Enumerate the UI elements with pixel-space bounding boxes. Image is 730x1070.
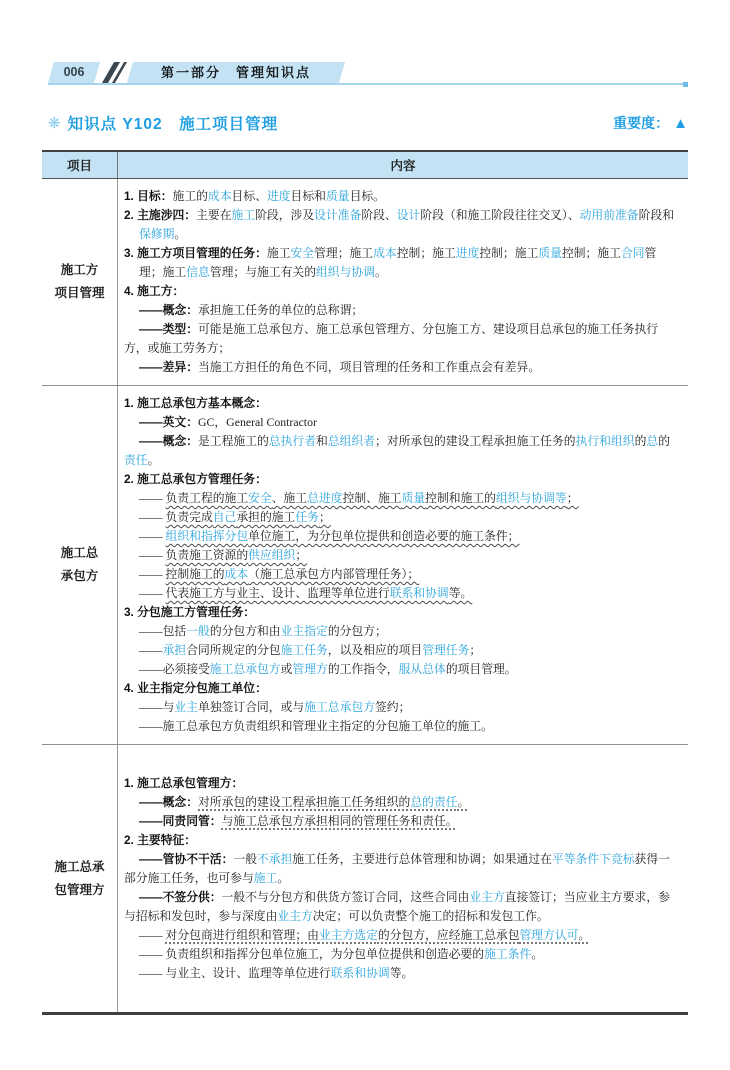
body-text: 目标和 [291, 189, 326, 203]
body-text: ； [469, 643, 481, 657]
row-label-cell: 施工总承包管理方 [42, 745, 118, 1012]
body-text: 必须接受 [163, 662, 210, 676]
body-text: 主要在 [196, 208, 231, 222]
row-label-line: 项目管理 [54, 282, 104, 305]
dash-prefix: —— [139, 529, 166, 543]
content-paragraph: —— 负责完成自己承担的施工任务； [124, 508, 674, 527]
dash-prefix: —— [139, 491, 166, 505]
body-text: 与业主、设计、监理等单位进行 [166, 966, 331, 980]
paragraph-body: 负责施工资源的供应组织； [166, 548, 308, 562]
table-row: 施工总承包方1. 施工总承包方基本概念：——英文：GC，General Cont… [42, 386, 688, 745]
content-paragraph: ——与业主单独签订合同，或与施工总承包方签约； [124, 698, 674, 717]
content-paragraph: —— 负责组织和指挥分包单位施工，为分包单位提供和创造必要的施工条件。 [124, 945, 674, 964]
body-text: 。 [148, 453, 160, 467]
keyword-highlight: 组织与协调等 [496, 491, 567, 505]
body-text: 。 [277, 871, 289, 885]
content-paragraph: —— 代表施工方与业主、设计、监理等单位进行联系和协调等。 [124, 584, 674, 603]
paragraph-heading: 1. 施工总承包方基本概念： [124, 396, 267, 410]
paragraph-body: 对所承包的建设工程承担施工任务组织的总的责任。 [198, 795, 469, 809]
table-row: 施工方项目管理1. 目标：施工的成本目标、进度目标和质量目标。2. 主施涉四：主… [42, 179, 688, 386]
dash-prefix: —— [139, 928, 166, 942]
row-label-line: 承包方 [61, 565, 99, 588]
paragraph-body: 施工总承包方负责组织和管理业主指定的分包施工单位的施工。 [163, 719, 493, 733]
body-text: 承担的施工 [236, 510, 295, 524]
keyword-highlight: 责任 [124, 453, 148, 467]
body-text: 一般 [233, 852, 257, 866]
paragraph-body: 主要在施工阶段，涉及设计准备阶段、设计阶段（和施工阶段往往交叉）、动用前准备阶段… [139, 208, 674, 241]
body-text: 对所承包的建设工程承担施工任务组织的 [198, 795, 410, 809]
keyword-highlight: 施工条件 [484, 947, 531, 961]
content-paragraph: ——包括一般的分包方和由业主指定的分包方； [124, 622, 674, 641]
body-text: 承担施工任务的单位的总称谓； [198, 303, 363, 317]
keyword-highlight: 总的责任 [410, 795, 457, 809]
paragraph-body: 与业主、设计、监理等单位进行联系和协调等。 [166, 966, 414, 980]
content-paragraph: —— 控制施工的成本（施工总承包方内部管理任务）； [124, 565, 674, 584]
body-text: ，以及相应的项目 [328, 643, 422, 657]
content-paragraph: 1. 施工总承包方基本概念： [124, 394, 674, 413]
importance-triangle-icon: ▲ [673, 116, 688, 131]
content-paragraph: ——概念：是工程施工的总执行者和总组织者；对所承包的建设工程承担施工任务的执行和… [124, 432, 674, 470]
body-text: GC，General Contractor [198, 415, 317, 429]
content-paragraph: 4. 业主指定分包施工单位： [124, 679, 674, 698]
keyword-highlight: 动用前准备 [580, 208, 639, 222]
keyword-highlight: 成本 [208, 189, 232, 203]
content-paragraph: —— 与业主、设计、监理等单位进行联系和协调等。 [124, 964, 674, 983]
body-text: 管理；与施工有关的 [210, 265, 316, 279]
paragraph-heading: 2. 施工总承包方管理任务： [124, 472, 267, 486]
body-text: ； [319, 510, 331, 524]
keyword-highlight: 承担 [163, 643, 187, 657]
paragraph-heading: ——不签分供： [139, 890, 222, 904]
body-text: 的分包方和由 [210, 624, 281, 638]
paragraph-body: 必须接受施工总承包方或管理方的工作指令，服从总体的项目管理。 [163, 662, 517, 676]
body-text: 、施工 [272, 491, 307, 505]
row-content-cell: 1. 施工总承包方基本概念：——英文：GC，General Contractor… [118, 386, 688, 744]
body-text: 负责完成 [166, 510, 213, 524]
body-text: （施工总承包方内部管理任务）； [248, 567, 419, 581]
body-text: 施工总承包方负责组织和管理业主指定的分包施工单位的施工。 [163, 719, 493, 733]
keyword-highlight: 总 [646, 434, 658, 448]
row-content-cell: 1. 施工总承包管理方：——概念：对所承包的建设工程承担施工任务组织的总的责任。… [118, 745, 688, 1012]
dash-prefix: —— [139, 966, 166, 980]
body-text: 的 [635, 434, 647, 448]
keyword-highlight: 质量 [402, 491, 426, 505]
paragraph-heading: ——概念： [139, 795, 198, 809]
body-text: 决定；可以负责整个施工的招标和发包工作。 [313, 909, 549, 923]
dash-prefix: —— [139, 947, 166, 961]
content-paragraph: —— 负责施工资源的供应组织； [124, 546, 674, 565]
keyword-highlight: 不承担 [257, 852, 292, 866]
body-text: 一般不与分包方和供货方签订合同，这些合同由 [222, 890, 470, 904]
keyword-highlight: 施工总承包方 [304, 700, 375, 714]
content-paragraph: ——差异：当施工方担任的角色不同，项目管理的任务和工作重点会有差异。 [124, 358, 674, 377]
importance-indicator: 重要度： ▲ [613, 113, 688, 133]
body-text: 的 [658, 434, 670, 448]
body-text: 代表施工方与业主、设计、监理等单位进行 [166, 586, 390, 600]
paragraph-heading: ——类型： [139, 322, 198, 336]
paragraph-body: 是工程施工的总执行者和总组织者；对所承包的建设工程承担施工任务的执行和组织的总的… [124, 434, 670, 467]
content-paragraph: 3. 分包施工方管理任务： [124, 603, 674, 622]
body-text: 的项目管理。 [446, 662, 517, 676]
content-paragraph: ——概念：对所承包的建设工程承担施工任务组织的总的责任。 [124, 793, 674, 812]
topic-title: 知识点 Y102 施工项目管理 [68, 112, 279, 134]
body-text: 。 [174, 227, 186, 241]
body-text: 施工任务，主要进行总体管理和协调；如果通过在 [292, 852, 552, 866]
paragraph-heading: 1. 目标： [124, 189, 173, 203]
dash-prefix: —— [139, 586, 166, 600]
header-rule-endcap [683, 82, 688, 87]
paragraph-body: 可能是施工总承包方、施工总承包管理方、分包施工方、建设项目总承包的施工任务执行方… [124, 322, 658, 355]
keyword-highlight: 业主 [174, 700, 198, 714]
paragraph-body: 施工的成本目标、进度目标和质量目标。 [173, 189, 385, 203]
paragraph-heading: 1. 施工总承包管理方： [124, 776, 243, 790]
paragraph-heading: ——差异： [139, 360, 198, 374]
keyword-highlight: 自己 [213, 510, 237, 524]
body-text: 阶段，涉及 [255, 208, 314, 222]
paragraph-heading: 4. 施工方： [124, 284, 184, 298]
body-text: 合同所规定的分包 [186, 643, 280, 657]
body-text: 施工的 [173, 189, 208, 203]
body-text: 对分包商进行组织和管理；由 [166, 928, 319, 942]
paragraph-body: 代表施工方与业主、设计、监理等单位进行联系和协调等。 [166, 586, 473, 600]
body-text: 的分包方； [328, 624, 387, 638]
paragraph-heading: 3. 施工方项目管理的任务： [124, 246, 267, 260]
content-paragraph: ——承担合同所规定的分包施工任务，以及相应的项目管理任务； [124, 641, 674, 660]
section-title: 第一部分 管理知识点 [130, 62, 342, 83]
keyword-highlight: 成本 [225, 567, 249, 581]
table-header-row: 项目 内容 [42, 152, 688, 179]
keyword-highlight: 信息 [186, 265, 210, 279]
column-header-content: 内容 [118, 152, 688, 178]
paragraph-body: GC，General Contractor [198, 415, 317, 429]
keyword-highlight: 进度 [456, 246, 480, 260]
body-text: 阶段、 [361, 208, 396, 222]
keyword-highlight: 执行和组织 [576, 434, 635, 448]
body-text: 。 [458, 795, 470, 809]
keyword-highlight: 成本 [373, 246, 397, 260]
body-text: 控制、施工 [343, 491, 402, 505]
body-text: 控制；施工 [479, 246, 538, 260]
body-text: 管理；施工 [314, 246, 373, 260]
paragraph-heading: 2. 主要特征： [124, 833, 196, 847]
paragraph-heading: 2. 主施涉四： [124, 208, 196, 222]
keyword-highlight: 总组织者 [328, 434, 375, 448]
body-text: 等。 [449, 586, 473, 600]
dash-prefix: —— [139, 548, 166, 562]
header-rule [48, 83, 686, 85]
textbook-page: 006 第一部分 管理知识点 ❋ 知识点 Y102 施工项目管理 重要度： ▲ … [0, 0, 730, 1070]
paragraph-heading: ——概念： [139, 303, 198, 317]
keyword-highlight: 供应组织 [248, 548, 295, 562]
importance-label: 重要度： [613, 113, 669, 133]
body-text: 施工 [267, 246, 291, 260]
row-label-cell: 施工总承包方 [42, 386, 118, 744]
content-paragraph: 2. 施工总承包方管理任务： [124, 470, 674, 489]
table-body: 施工方项目管理1. 目标：施工的成本目标、进度目标和质量目标。2. 主施涉四：主… [42, 179, 688, 1012]
body-text: 包括 [163, 624, 187, 638]
keyword-highlight: 总进度 [307, 491, 342, 505]
row-label-line: 施工方 [61, 259, 99, 282]
paragraph-body: 与施工总承包方承担相同的管理任务和责任。 [222, 814, 458, 828]
paragraph-body: 控制施工的成本（施工总承包方内部管理任务）； [166, 567, 420, 581]
keyword-highlight: 施工任务 [281, 643, 328, 657]
content-paragraph: 1. 目标：施工的成本目标、进度目标和质量目标。 [124, 187, 674, 206]
keyword-highlight: 业主指定 [281, 624, 328, 638]
content-paragraph: ——施工总承包方负责组织和管理业主指定的分包施工单位的施工。 [124, 717, 674, 736]
content-paragraph: 3. 施工方项目管理的任务：施工安全管理；施工成本控制；施工进度控制；施工质量控… [124, 244, 674, 282]
table-row: 施工总承包管理方1. 施工总承包管理方：——概念：对所承包的建设工程承担施工任务… [42, 745, 688, 1012]
content-paragraph: ——类型：可能是施工总承包方、施工总承包管理方、分包施工方、建设项目总承包的施工… [124, 320, 674, 358]
dash-prefix: —— [139, 662, 163, 676]
body-text: 阶段（和施工阶段往往交叉）、 [420, 208, 579, 222]
keyword-highlight: 组织与协调 [316, 265, 375, 279]
keyword-highlight: 业主方选定 [319, 928, 378, 942]
paragraph-body: 当施工方担任的角色不同，项目管理的任务和工作重点会有差异。 [198, 360, 540, 374]
content-paragraph: 4. 施工方： [124, 282, 674, 301]
paragraph-heading: ——管协不干活： [139, 852, 233, 866]
page-header: 006 第一部分 管理知识点 [48, 62, 688, 83]
keyword-highlight: 联系和协调 [390, 586, 449, 600]
body-text: 控制和施工的 [425, 491, 496, 505]
body-text: 目标、 [232, 189, 267, 203]
body-text: 的工作指令， [328, 662, 399, 676]
body-text: 。 [375, 265, 387, 279]
dash-prefix: —— [139, 719, 163, 733]
paragraph-body: 包括一般的分包方和由业主指定的分包方； [163, 624, 387, 638]
keyword-highlight: 管理方认可 [520, 928, 579, 942]
body-text: 是工程施工的 [198, 434, 269, 448]
keyword-highlight: 业主方 [277, 909, 312, 923]
paragraph-heading: ——概念： [139, 434, 198, 448]
topic-bar: ❋ 知识点 Y102 施工项目管理 重要度： ▲ [48, 111, 688, 135]
section-ribbon: 第一部分 管理知识点 [127, 62, 345, 83]
dash-prefix: —— [139, 624, 163, 638]
row-label-cell: 施工方项目管理 [42, 179, 118, 385]
row-label-line: 包管理方 [54, 879, 104, 902]
keyword-highlight: 合同 [621, 246, 645, 260]
keyword-highlight: 安全 [248, 491, 272, 505]
content-paragraph: —— 对分包商进行组织和管理；由业主方选定的分包方，应经施工总承包管理方认可。 [124, 926, 674, 945]
content-paragraph: 2. 主要特征： [124, 831, 674, 850]
keyword-highlight: 服从总体 [399, 662, 446, 676]
keyword-highlight: 设计准备 [314, 208, 361, 222]
body-text: 单独签订合同，或与 [198, 700, 304, 714]
body-text: 与施工总承包方承担相同的管理任务和责任。 [222, 814, 458, 828]
dash-prefix: —— [139, 643, 163, 657]
keyword-highlight: 施工 [254, 871, 278, 885]
paragraph-body: 承担合同所规定的分包施工任务，以及相应的项目管理任务； [163, 643, 482, 657]
body-text: 等。 [390, 966, 414, 980]
body-text: 。 [531, 947, 543, 961]
body-text: 与 [163, 700, 175, 714]
paragraph-body: 对分包商进行组织和管理；由业主方选定的分包方，应经施工总承包管理方认可。 [166, 928, 591, 942]
column-header-item: 项目 [42, 152, 118, 178]
content-paragraph: ——必须接受施工总承包方或管理方的工作指令，服从总体的项目管理。 [124, 660, 674, 679]
dash-prefix: —— [139, 567, 166, 581]
keyword-highlight: 质量 [326, 189, 350, 203]
paragraph-heading: ——英文： [139, 415, 198, 429]
keyword-highlight: 总执行者 [269, 434, 316, 448]
paragraph-body: 负责完成自己承担的施工任务； [166, 510, 331, 524]
keyword-highlight: 施工总承包方 [210, 662, 281, 676]
body-text: 或 [281, 662, 293, 676]
paragraph-heading: ——同责同管： [139, 814, 222, 828]
body-text: 控制；施工 [397, 246, 456, 260]
keyword-highlight: 安全 [291, 246, 315, 260]
keyword-highlight: 平等条件下竞标 [552, 852, 635, 866]
content-paragraph: ——英文：GC，General Contractor [124, 413, 674, 432]
content-paragraph: —— 组织和指挥分包单位施工，为分包单位提供和创造必要的施工条件； [124, 527, 674, 546]
keyword-highlight: 联系和协调 [331, 966, 390, 980]
keyword-highlight: 质量 [538, 246, 562, 260]
body-text: 当施工方担任的角色不同，项目管理的任务和工作重点会有差异。 [198, 360, 540, 374]
keyword-highlight: 进度 [267, 189, 291, 203]
keyword-highlight: 组织和指挥分包 [166, 529, 249, 543]
paragraph-body: 负责工程的施工安全、施工总进度控制、施工质量控制和施工的组织与协调等； [166, 491, 579, 505]
body-text: 签约； [375, 700, 410, 714]
keyword-highlight: 设计 [397, 208, 421, 222]
keyword-highlight: 业主方 [469, 890, 504, 904]
body-text: 负责组织和指挥分包单位施工，为分包单位提供和创造必要的 [166, 947, 485, 961]
dash-prefix: —— [139, 700, 163, 714]
body-text: 单位施工，为分包单位提供和创造必要的施工条件； [248, 529, 519, 543]
row-content-cell: 1. 目标：施工的成本目标、进度目标和质量目标。2. 主施涉四：主要在施工阶段，… [118, 179, 688, 385]
body-text: ； [567, 491, 579, 505]
paragraph-heading: 4. 业主指定分包施工单位： [124, 681, 267, 695]
paragraph-body: 与业主单独签订合同，或与施工总承包方签约； [163, 700, 411, 714]
body-text: 的分包方，应经施工总承包 [378, 928, 520, 942]
keyword-highlight: 管理任务 [422, 643, 469, 657]
dash-prefix: —— [139, 510, 166, 524]
keyword-highlight: 一般 [186, 624, 210, 638]
paragraph-heading: 3. 分包施工方管理任务： [124, 605, 255, 619]
page-number: 006 [51, 62, 97, 83]
body-text: 可能是施工总承包方、施工总承包管理方、分包施工方、建设项目总承包的施工任务执行方… [124, 322, 658, 355]
keyword-highlight: 任务 [295, 510, 319, 524]
row-label-line: 施工总承 [54, 856, 104, 879]
body-text: ； [295, 548, 307, 562]
body-text: ；对所承包的建设工程承担施工任务的 [375, 434, 576, 448]
paragraph-body: 负责组织和指挥分包单位施工，为分包单位提供和创造必要的施工条件。 [166, 947, 544, 961]
body-text: 控制；施工 [562, 246, 621, 260]
content-paragraph: 2. 主施涉四：主要在施工阶段，涉及设计准备阶段、设计阶段（和施工阶段往往交叉）… [124, 206, 674, 244]
body-text: 控制施工的 [166, 567, 225, 581]
content-paragraph: —— 负责工程的施工安全、施工总进度控制、施工质量控制和施工的组织与协调等； [124, 489, 674, 508]
row-label-line: 施工总 [61, 542, 99, 565]
keyword-highlight: 保修期 [139, 227, 174, 241]
keyword-highlight: 施工 [232, 208, 256, 222]
page-number-box: 006 [48, 62, 100, 83]
paragraph-body: 组织和指挥分包单位施工，为分包单位提供和创造必要的施工条件； [166, 529, 520, 543]
body-text: 负责工程的施工 [166, 491, 249, 505]
body-text: 阶段和 [639, 208, 674, 222]
snowflake-icon: ❋ [48, 116, 61, 131]
knowledge-table: 项目 内容 施工方项目管理1. 目标：施工的成本目标、进度目标和质量目标。2. … [42, 150, 688, 1015]
content-paragraph: ——概念：承担施工任务的单位的总称谓； [124, 301, 674, 320]
body-text: 。 [579, 928, 591, 942]
keyword-highlight: 管理方 [292, 662, 327, 676]
content-paragraph: ——管协不干活：一般不承担施工任务，主要进行总体管理和协调；如果通过在平等条件下… [124, 850, 674, 888]
body-text: 负责施工资源的 [166, 548, 249, 562]
content-paragraph: ——同责同管：与施工总承包方承担相同的管理任务和责任。 [124, 812, 674, 831]
paragraph-body: 承担施工任务的单位的总称谓； [198, 303, 363, 317]
body-text: 目标。 [350, 189, 385, 203]
content-paragraph: 1. 施工总承包管理方： [124, 774, 674, 793]
body-text: 和 [316, 434, 328, 448]
content-paragraph: ——不签分供：一般不与分包方和供货方签订合同，这些合同由业主方直接签订；当应业主… [124, 888, 674, 926]
